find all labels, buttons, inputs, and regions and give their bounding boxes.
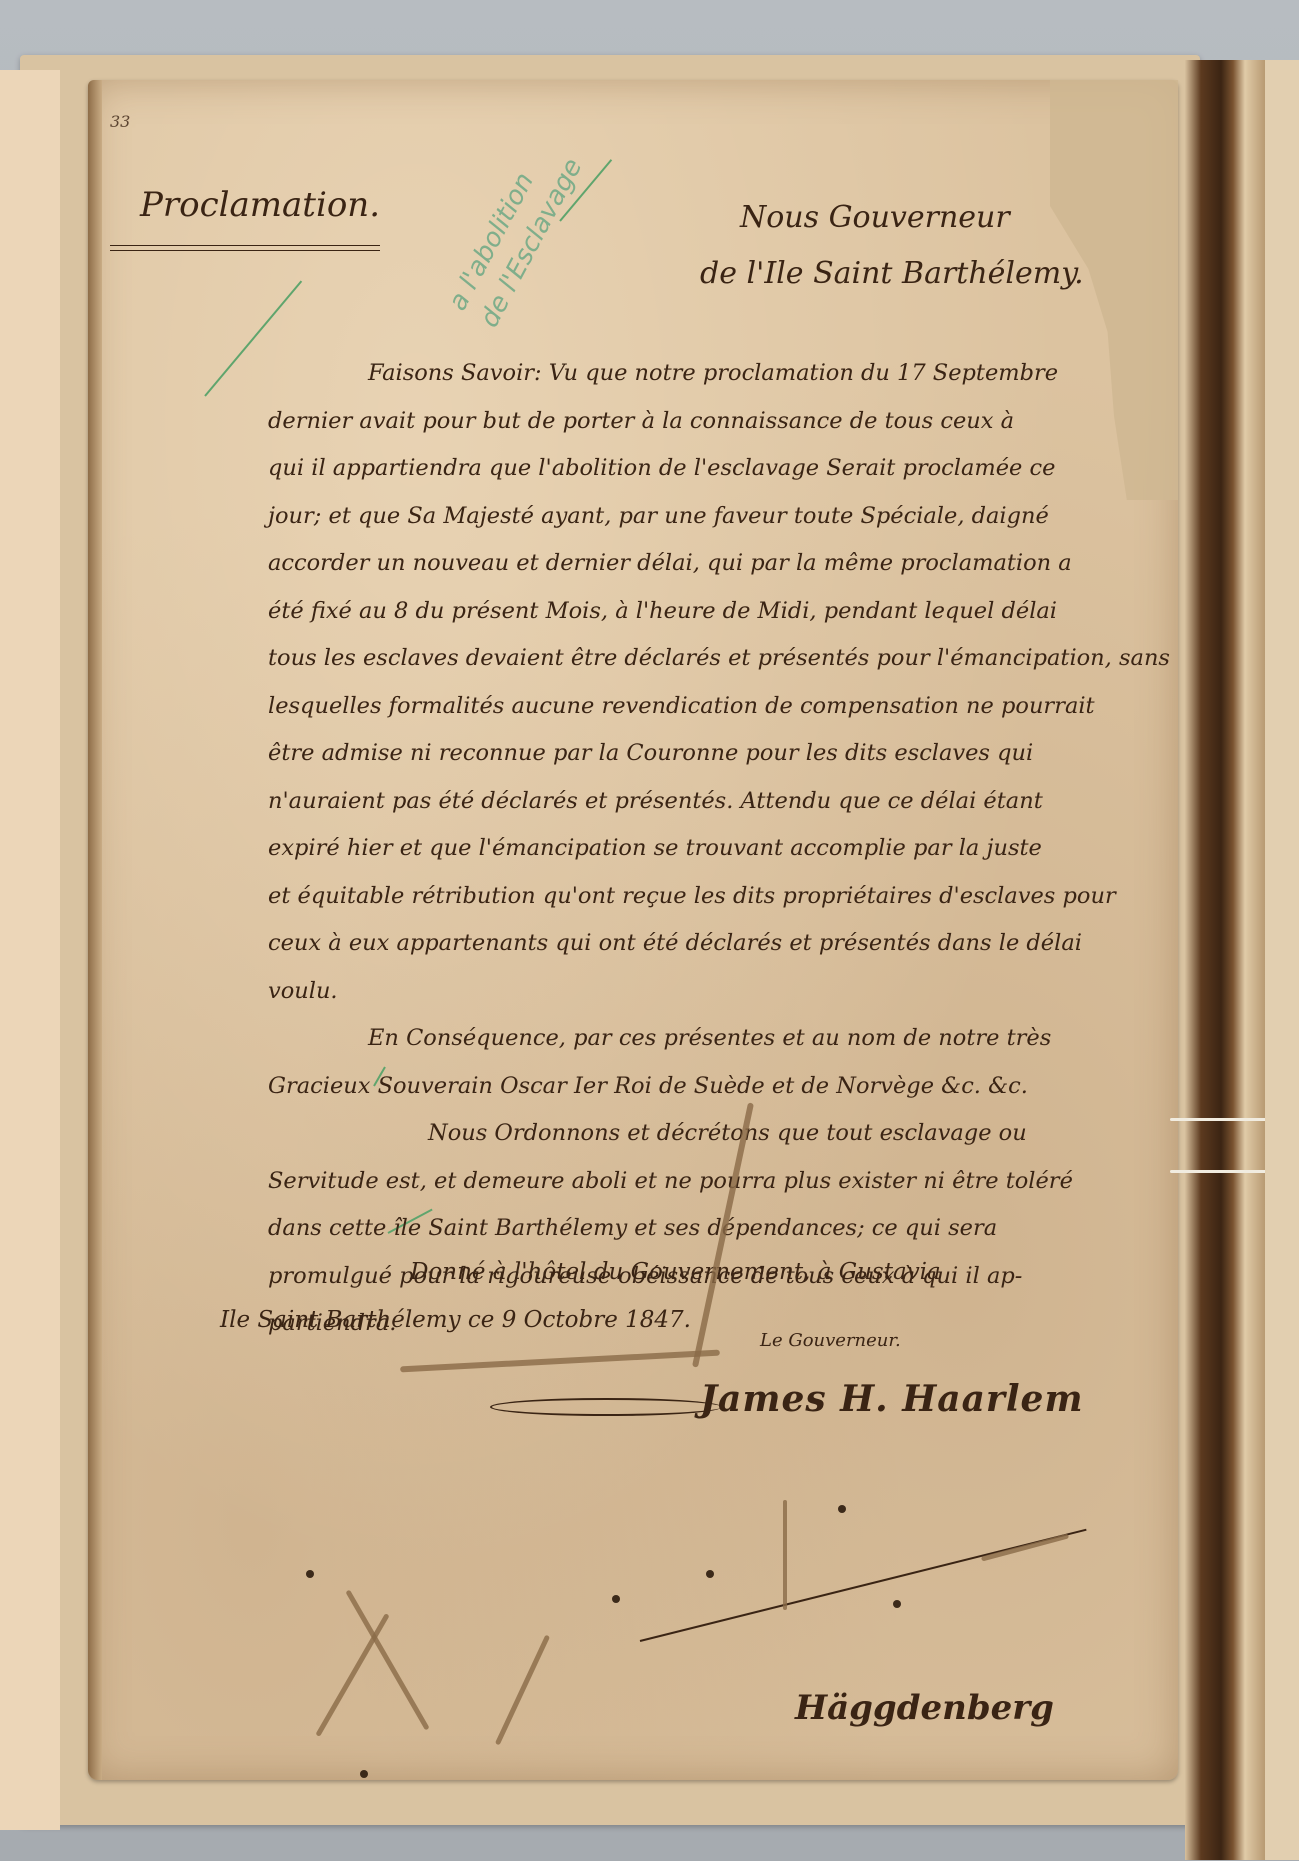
body-line: Nous Ordonnons et décrétons que tout esc…: [268, 1110, 1128, 1158]
countersignature: Häggdenberg: [795, 1688, 1054, 1728]
proclamation-body: Faisons Savoir: Vu que notre proclamatio…: [268, 350, 1128, 1348]
body-line: été fixé au 8 du présent Mois, à l'heure…: [268, 588, 1128, 636]
binding-thread: [1170, 1170, 1270, 1173]
worm-hole: [612, 1595, 620, 1603]
body-line: lesquelles formalités aucune revendicati…: [268, 683, 1128, 731]
worm-damage-trail: [783, 1500, 787, 1610]
worm-hole: [306, 1570, 314, 1578]
addressee-line: de l'Ile Saint Barthélemy.: [700, 246, 1084, 302]
worm-hole: [360, 1770, 368, 1778]
closing-line: Donné à l'hôtel du Gouvernement, à Gusta…: [220, 1248, 941, 1296]
book-spine: [1185, 60, 1265, 1860]
signature-flourish: [490, 1398, 722, 1416]
page-edge: [88, 80, 102, 1780]
body-line: tous les esclaves devaient être déclarés…: [268, 635, 1128, 683]
body-line: voulu.: [268, 968, 1128, 1016]
body-line: et équitable rétribution qu'ont reçue le…: [268, 873, 1128, 921]
heading-double-rule: [110, 245, 380, 251]
body-line: jour; et que Sa Majesté ayant, par une f…: [268, 493, 1128, 541]
left-cover-board: [0, 70, 60, 1830]
manuscript-photo: 33 Proclamation. a l'abolition de l'Escl…: [0, 0, 1299, 1861]
addressee-block: Nous Gouverneur de l'Ile Saint Barthélem…: [700, 190, 1084, 302]
governor-signature: James H. Haarlem: [700, 1378, 1084, 1420]
binding-thread: [1170, 1118, 1270, 1121]
page-number: 33: [110, 112, 130, 131]
facing-page-edge: [1265, 60, 1299, 1860]
body-line: être admise ni reconnue par la Couronne …: [268, 730, 1128, 778]
body-line: qui il appartiendra que l'abolition de l…: [268, 445, 1128, 493]
body-line: En Conséquence, par ces présentes et au …: [268, 1015, 1128, 1063]
worm-hole: [706, 1570, 714, 1578]
body-line: Faisons Savoir: Vu que notre proclamatio…: [268, 350, 1128, 398]
body-line: Servitude est, et demeure aboli et ne po…: [268, 1158, 1128, 1206]
body-line: ceux à eux appartenants qui ont été décl…: [268, 920, 1128, 968]
body-line: Gracieux Souverain Oscar Ier Roi de Suèd…: [268, 1063, 1128, 1111]
document-heading: Proclamation.: [140, 185, 380, 225]
addressee-line: Nous Gouverneur: [700, 190, 1084, 246]
body-line: n'auraient pas été déclarés et présentés…: [268, 778, 1128, 826]
worm-hole: [838, 1505, 846, 1513]
signature-title: Le Gouverneur.: [760, 1330, 901, 1351]
body-line: dans cette île Saint Barthélemy et ses d…: [268, 1205, 1128, 1253]
worm-hole: [893, 1600, 901, 1608]
body-line: accorder un nouveau et dernier délai, qu…: [268, 540, 1128, 588]
body-line: dernier avait pour but de porter à la co…: [268, 398, 1128, 446]
body-line: expiré hier et que l'émancipation se tro…: [268, 825, 1128, 873]
